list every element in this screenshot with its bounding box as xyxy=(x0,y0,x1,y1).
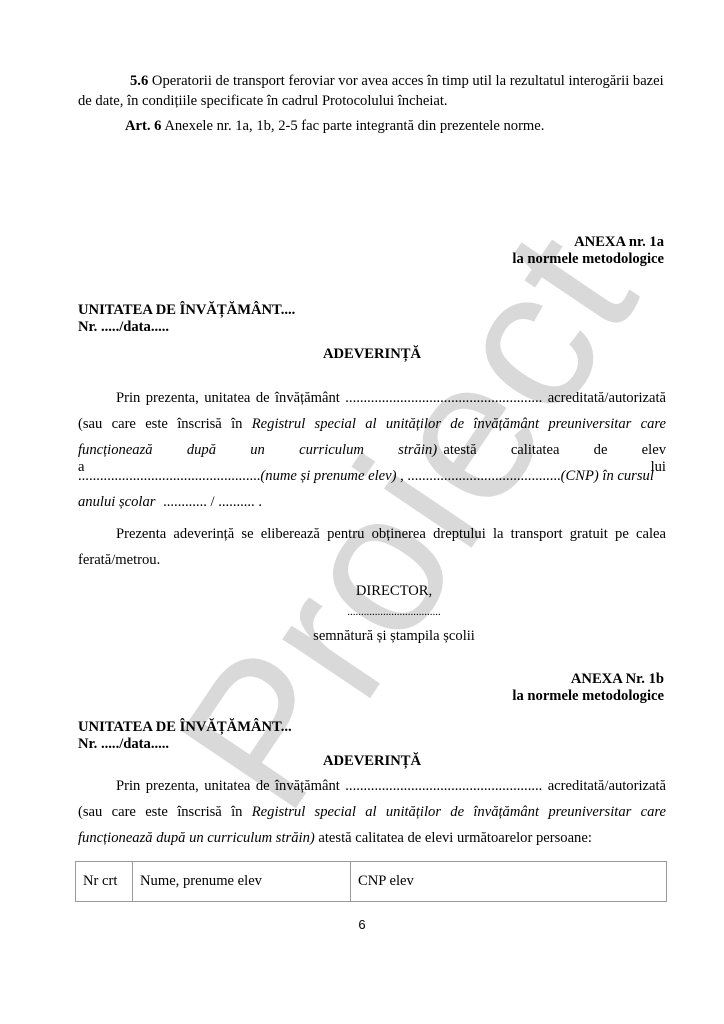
director-label: DIRECTOR, xyxy=(100,583,688,600)
paragraph-number: 5.6 xyxy=(130,73,148,89)
annex-1a-heading: ADEVERINȚĂ xyxy=(78,346,666,363)
signature-label: semnătură și ștampila școlii xyxy=(100,628,688,645)
table-header-cell: Nume, prenume elev xyxy=(133,862,351,902)
table-header-cell: Nr crt xyxy=(76,862,133,902)
article-number: Art. 6 xyxy=(125,118,161,134)
paragraph-text: Operatorii de transport feroviar vor ave… xyxy=(152,73,664,89)
annex-1b-unit: UNITATEA DE ÎNVĂȚĂMÂNT... xyxy=(78,719,292,736)
annex-1a-para1-line4: ........................................… xyxy=(78,468,654,485)
annex-1a-title: ANEXA nr. 1a xyxy=(574,234,664,251)
annex-1b-para1-line1: Prin prezenta, unitatea de învățământ ..… xyxy=(78,778,666,795)
table-header-row: Nr crt Nume, prenume elev CNP elev xyxy=(76,862,667,902)
article-text: Anexele nr. 1a, 1b, 2-5 fac parte integr… xyxy=(164,118,544,134)
annex-1a-para2-line1: Prezenta adeverință se eliberează pentru… xyxy=(78,526,666,543)
students-table: Nr crt Nume, prenume elev CNP elev xyxy=(75,861,667,902)
annex-1b-title: ANEXA Nr. 1b xyxy=(571,671,664,688)
annex-1b-subtitle: la normele metodologice xyxy=(512,688,664,705)
annex-1a-para1-line5: anului școlar ............ / .......... … xyxy=(78,494,262,511)
annex-1a-unit: UNITATEA DE ÎNVĂȚĂMÂNT.... xyxy=(78,302,295,319)
paragraph-5-6-line2: de date, în condițiile specificate în ca… xyxy=(78,93,448,110)
annex-1a-subtitle: la normele metodologice xyxy=(512,251,664,268)
article-6: Art. 6 Anexele nr. 1a, 1b, 2-5 fac parte… xyxy=(125,118,544,135)
annex-1a-para1-line2: (sau care este înscrisă în Registrul spe… xyxy=(78,416,666,433)
signature-line: .................................. xyxy=(100,606,688,618)
annex-1b-para1-line2: (sau care este înscrisă în Registrul spe… xyxy=(78,804,666,821)
annex-1a-para1-line1: Prin prezenta, unitatea de învățământ ..… xyxy=(78,390,666,407)
annex-1b-heading: ADEVERINȚĂ xyxy=(78,753,666,770)
annex-1a-nr: Nr. ...../data..... xyxy=(78,319,169,336)
table-header-cell: CNP elev xyxy=(351,862,667,902)
document-page: Proiect 5.6 Operatorii de transport fero… xyxy=(0,0,724,1024)
annex-1a-para2-line2: ferată/metrou. xyxy=(78,552,160,569)
paragraph-5-6-line1: 5.6 Operatorii de transport feroviar vor… xyxy=(130,73,664,90)
annex-1b-para1-line3: funcționează după un curriculum străin) … xyxy=(78,830,592,847)
watermark: Proiect xyxy=(147,200,669,839)
annex-1b-nr: Nr. ...../data..... xyxy=(78,736,169,753)
page-number: 6 xyxy=(0,917,724,932)
